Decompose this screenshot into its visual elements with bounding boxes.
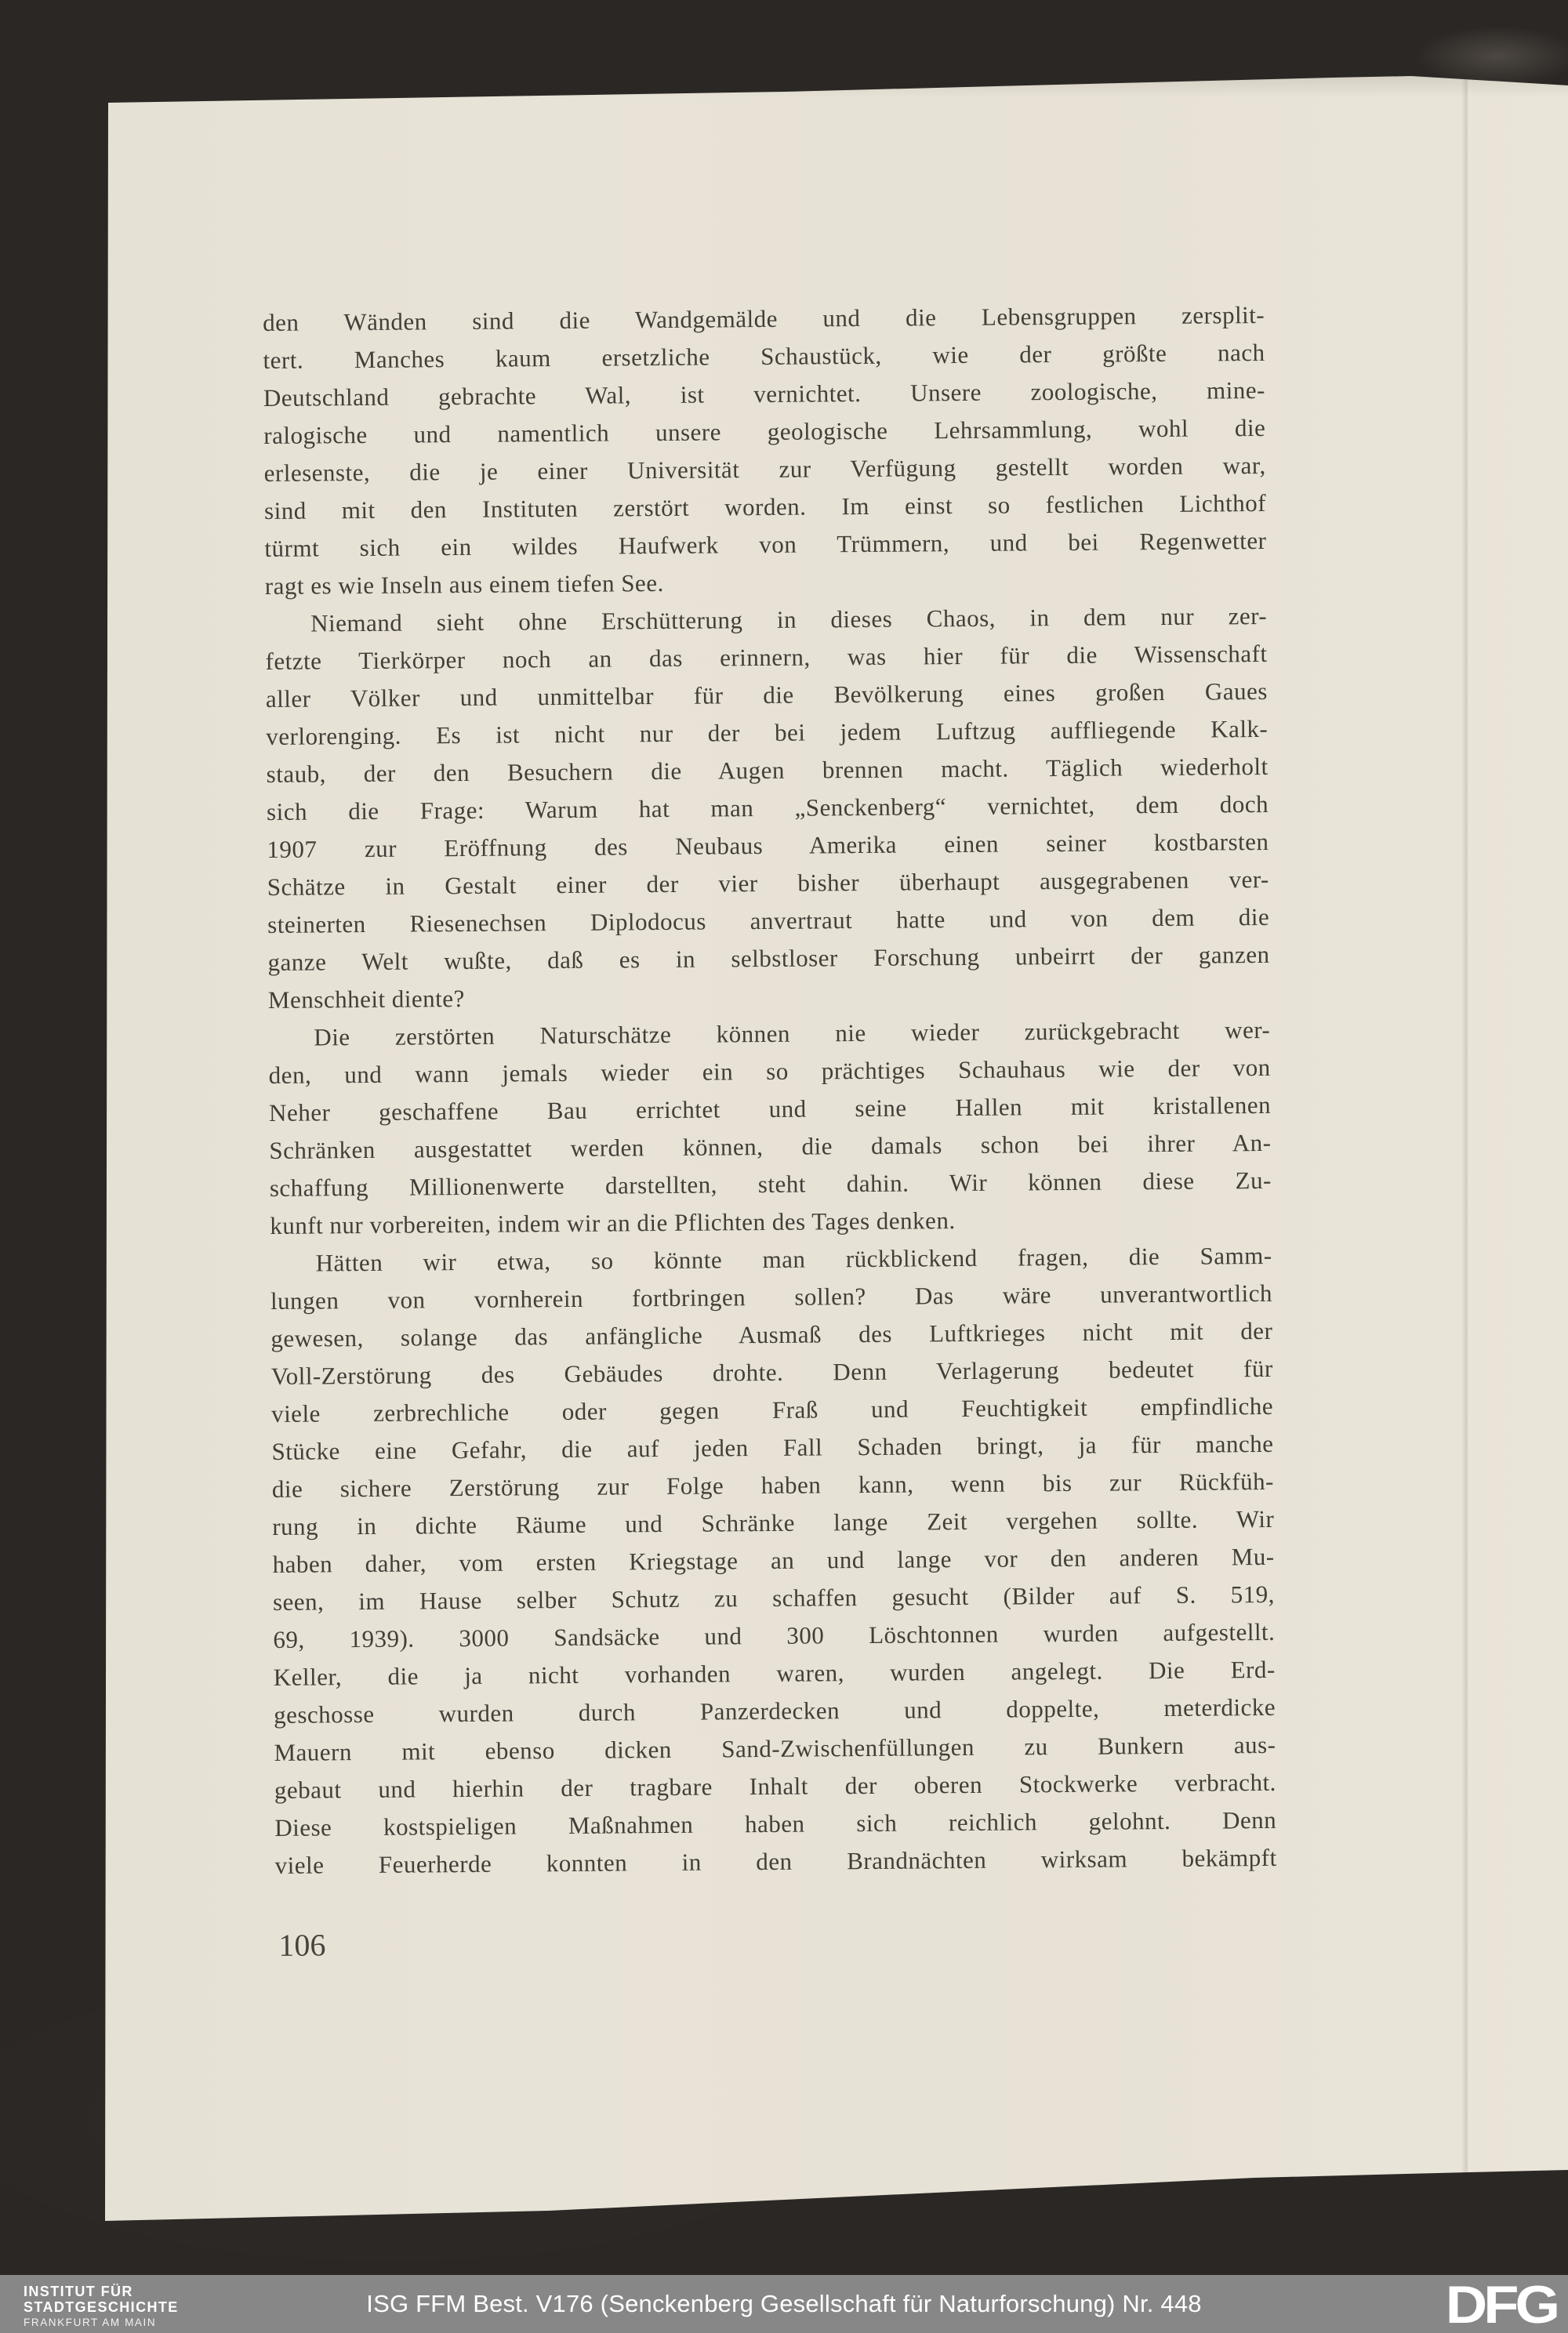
scan-background: den Wänden sind die Wandgemälde und die … [0, 0, 1568, 2333]
text-line: schaffung Millionenwerte darstellten, st… [270, 1162, 1272, 1207]
document-page: den Wänden sind die Wandgemälde und die … [0, 0, 1568, 2333]
footer-bar: INSTITUT FÜR STADTGESCHICHTE FRANKFURT A… [0, 2275, 1568, 2333]
print-area: den Wänden sind die Wandgemälde und die … [263, 296, 1278, 1961]
page-number: 106 [278, 1922, 1277, 1961]
text-line: türmt sich ein wildes Haufwerk von Trümm… [264, 522, 1266, 568]
dfg-logo: DFG [1446, 2277, 1556, 2331]
text-block: den Wänden sind die Wandgemälde und die … [263, 296, 1277, 1885]
text-line: ganze Welt wußte, daß es in selbstloser … [267, 936, 1269, 981]
archive-reference: ISG FFM Best. V176 (Senckenberg Gesellsc… [0, 2275, 1568, 2333]
page-top-shadow [94, 72, 1568, 111]
text-line: viele Feuerherde konnten in den Brandnäc… [274, 1839, 1276, 1885]
page-fold-line [1461, 71, 1472, 2179]
